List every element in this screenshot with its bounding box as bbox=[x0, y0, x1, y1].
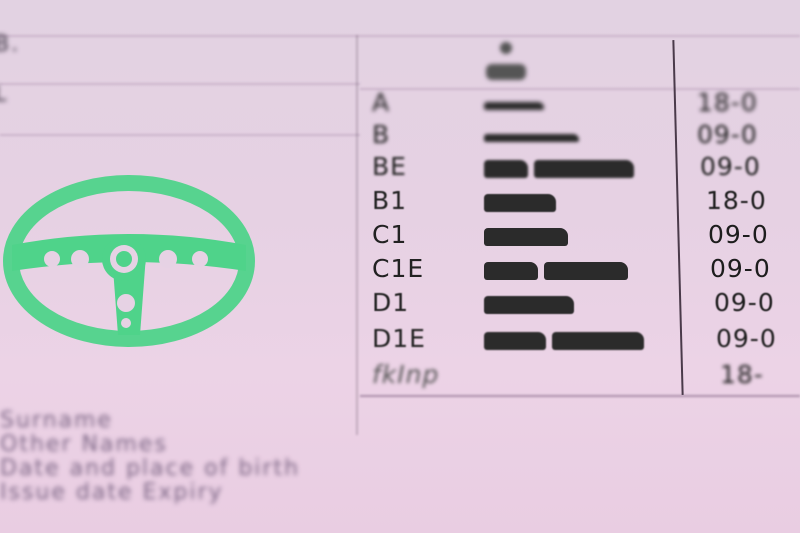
valid-from-date: 09-0 bbox=[714, 288, 775, 317]
person-header-icon bbox=[478, 40, 534, 84]
divider bbox=[0, 83, 360, 85]
category-code: B1 bbox=[372, 186, 407, 215]
minibus-with-trailer-icon bbox=[484, 332, 546, 350]
valid-from-date: 18-0 bbox=[697, 88, 758, 117]
valid-from-date: 09-0 bbox=[716, 324, 777, 353]
medium-truck-with-trailer-icon bbox=[544, 262, 628, 280]
steering-wheel-icon bbox=[2, 175, 256, 347]
valid-from-date: 18- bbox=[720, 360, 764, 389]
divider bbox=[360, 395, 800, 397]
category-code: C1E bbox=[372, 254, 424, 283]
car-with-trailer-icon bbox=[484, 160, 528, 178]
category-code: B bbox=[372, 120, 390, 149]
valid-from-date: 18-0 bbox=[706, 186, 767, 215]
minibus-with-trailer-icon bbox=[552, 332, 644, 350]
quad-vehicle-icon bbox=[484, 194, 556, 212]
valid-from-date: 09-0 bbox=[697, 120, 758, 149]
category-code: C1 bbox=[372, 220, 407, 249]
motorcycle-icon bbox=[484, 102, 544, 110]
divider bbox=[0, 35, 800, 37]
divider bbox=[0, 134, 360, 136]
issue-label: Issue date Expiry bbox=[0, 480, 224, 505]
licence-photo: B. L Surname Other Names Date and place … bbox=[0, 0, 800, 533]
category-code: D1E bbox=[372, 324, 426, 353]
category-code: A bbox=[372, 88, 390, 117]
category-code: fkInp bbox=[372, 360, 439, 389]
valid-from-date: 09-0 bbox=[708, 220, 769, 249]
valid-from-date: 09-0 bbox=[700, 152, 761, 181]
medium-truck-icon bbox=[484, 228, 568, 246]
surname-label: Surname bbox=[0, 408, 113, 433]
medium-truck-with-trailer-icon bbox=[484, 262, 538, 280]
car-icon bbox=[484, 134, 579, 142]
other-names-label: Other Names bbox=[0, 432, 168, 457]
minibus-icon bbox=[484, 296, 574, 314]
blurred-mark: L bbox=[0, 82, 8, 107]
valid-from-date: 09-0 bbox=[710, 254, 771, 283]
category-code: BE bbox=[372, 152, 407, 181]
blurred-mark: B. bbox=[0, 32, 20, 57]
car-with-trailer-icon bbox=[534, 160, 634, 178]
column-line bbox=[356, 35, 358, 435]
birth-label: Date and place of birth bbox=[0, 456, 300, 481]
category-code: D1 bbox=[372, 288, 409, 317]
column-line bbox=[672, 40, 683, 395]
